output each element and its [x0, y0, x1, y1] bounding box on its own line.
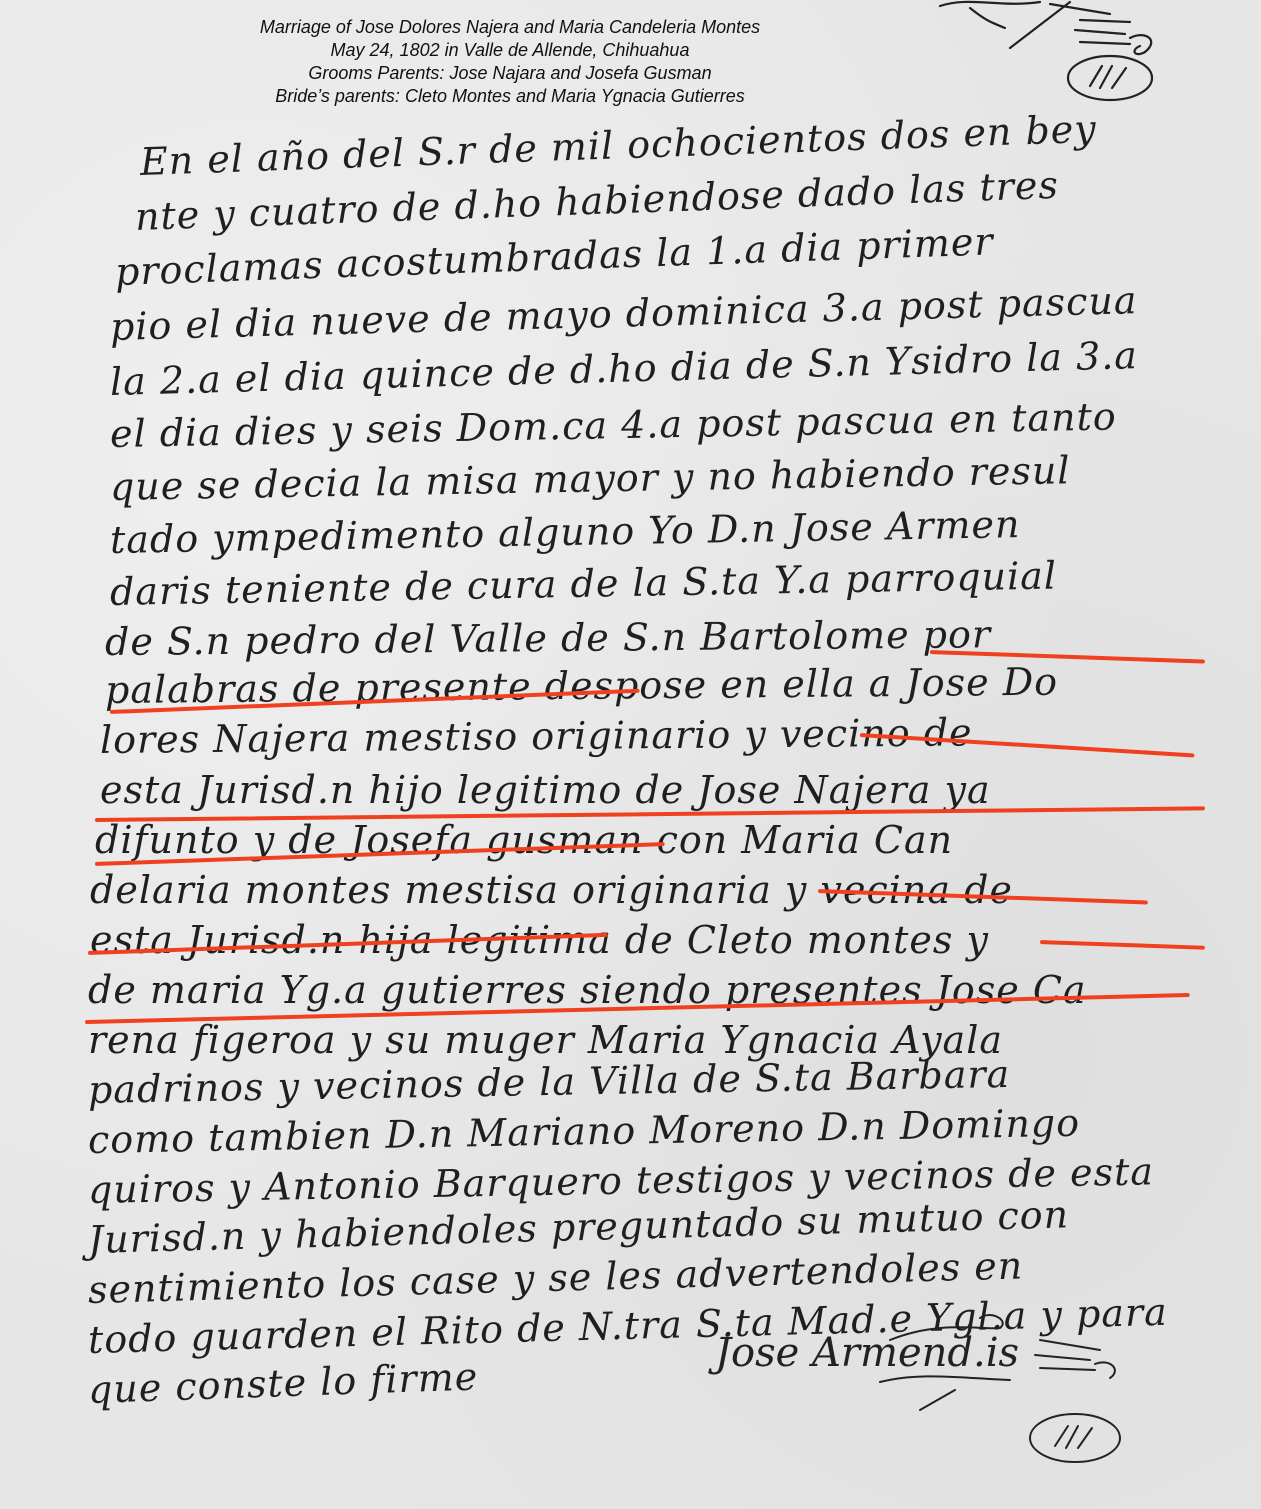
rubric-flourish-icon [930, 0, 1170, 110]
caption-title: Marriage of Jose Dolores Najera and Mari… [160, 16, 860, 39]
caption-groom-parents: Grooms Parents: Jose Najara and Josefa G… [160, 62, 860, 85]
manuscript-line: esta Jurisd.n hijo legitimo de Jose Naje… [100, 768, 991, 812]
caption-bride-parents: Bride’s parents: Cleto Montes and Maria … [160, 85, 860, 108]
manuscript-line: de maria Yg.a gutierres siendo presentes… [88, 968, 1087, 1012]
manuscript-line: esta Jurisd.n hija legitima de Cleto mon… [90, 918, 989, 962]
manuscript-line: difunto y de Josefa gusman con Maria Can [95, 818, 953, 862]
manuscript-line: lores Najera mestiso originario y vecino… [100, 710, 973, 762]
manuscript-line: de S.n pedro del Valle de S.n Bartolome … [105, 612, 991, 664]
signature-rubric-icon [860, 1300, 1160, 1470]
document-caption: Marriage of Jose Dolores Najera and Mari… [160, 16, 860, 108]
caption-date-place: May 24, 1802 in Valle de Allende, Chihua… [160, 39, 860, 62]
